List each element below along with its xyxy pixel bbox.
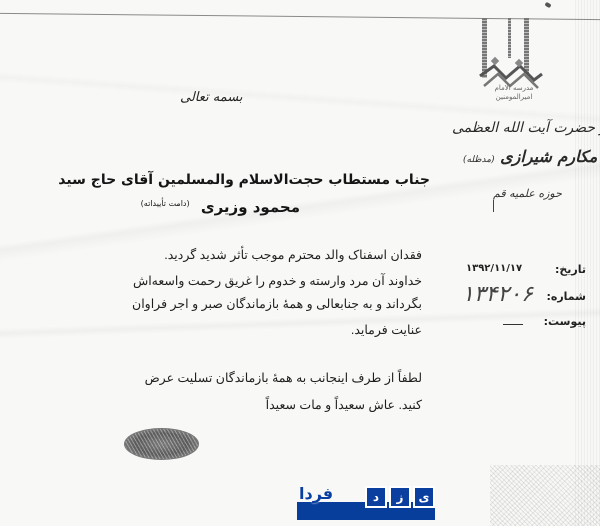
- body-line-1: فقدان اسفناک والد محترم موجب تأثر شدید گ…: [164, 247, 422, 262]
- date-value: ۱۳۹۲/۱۱/۱۷: [466, 263, 522, 274]
- addressee-line1: جناب مستطاب حجت‌الاسلام والمسلمین آقای ح…: [58, 172, 430, 188]
- body-line-5: لطفاً از طرف اینجانب به همهٔ بازماندگان …: [145, 370, 422, 385]
- attachment-label: پیوست:: [544, 315, 586, 328]
- date-label: تاریخ:: [555, 263, 586, 276]
- pen-stroke: [493, 200, 494, 212]
- office-name: مکارم شیرازی: [500, 147, 597, 166]
- body-line-4: عنایت فرماید.: [351, 322, 422, 337]
- attachment-value-dash: [503, 324, 523, 325]
- official-seal-icon: [124, 428, 199, 460]
- letter-number-value: ۱۳۴۲۰۶: [462, 282, 533, 307]
- logo-caption: مدرسه الامام امیرالمومنین: [478, 84, 550, 102]
- yazd-farda-watermark: ی ز د فردا: [297, 486, 437, 520]
- basmala-heading: بسمه تعالی: [180, 90, 242, 105]
- addressee-line2: محمود وزیری (دامت تأییداته): [141, 198, 300, 216]
- office-title-line1: دفتر حضرت آیت الله العظمی: [452, 120, 600, 136]
- watermark-letter-ze: ز: [389, 486, 411, 508]
- scan-noise-bottom: [490, 465, 600, 526]
- body-line-3: بگرداند و به جنابعالی و همهٔ بازماندگان …: [132, 296, 422, 311]
- addressee-honorific: (دامت تأییداته): [141, 199, 190, 208]
- body-line-6: کنید. عاش سعیداً و مات سعیداً: [266, 397, 422, 412]
- watermark-word: فردا: [299, 484, 333, 503]
- watermark-letter-ye: ی: [413, 486, 435, 508]
- office-location: حوزه علمیه قم: [493, 187, 562, 200]
- body-line-2: خداوند آن مرد وارسته و خدوم را غریق رحمت…: [133, 273, 422, 288]
- office-honorific: (مدظله): [463, 155, 495, 165]
- watermark-letter-dal: د: [365, 486, 387, 508]
- number-label: شماره:: [546, 290, 586, 303]
- addressee-name: محمود وزیری: [201, 198, 300, 216]
- office-title-line2: مکارم شیرازی (مدظله): [463, 147, 597, 166]
